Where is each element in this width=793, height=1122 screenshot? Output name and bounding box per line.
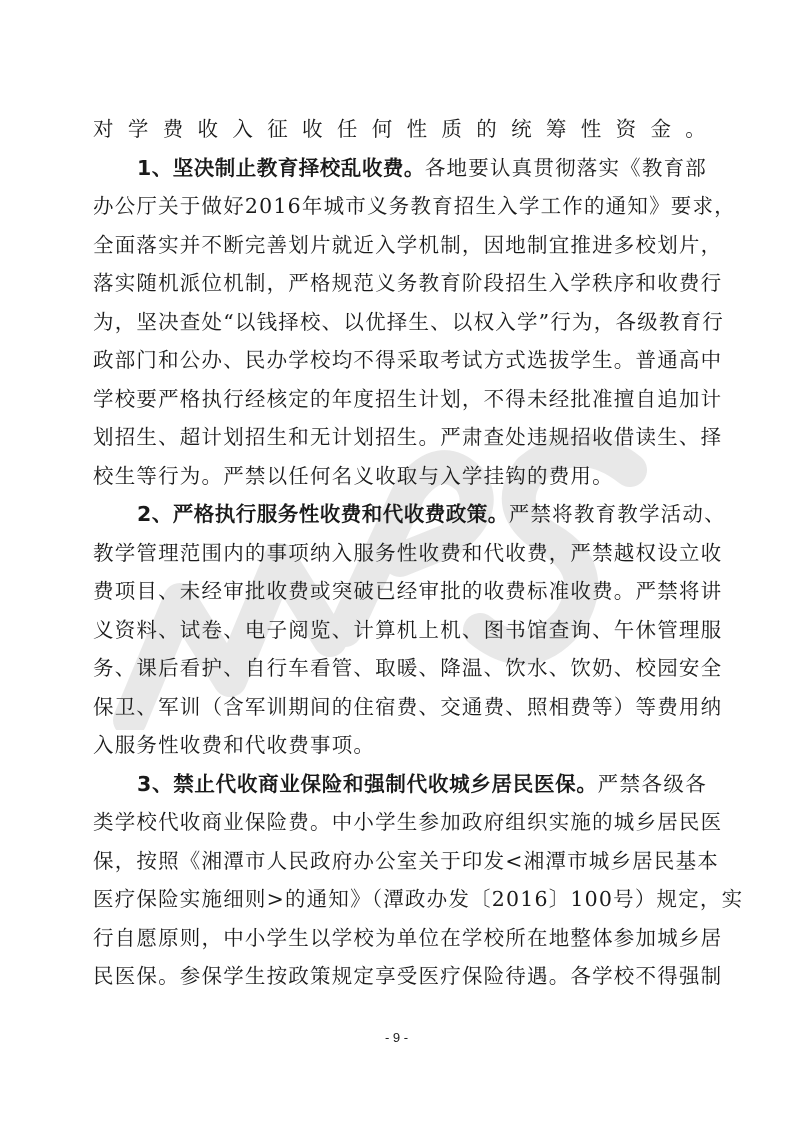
text-line: 办公厅关于做好2016年城市义务教育招生入学工作的通知》要求， [93, 187, 707, 226]
text-line: 类学校代收商业保险费。中小学生参加政府组织实施的城乡居民医 [93, 803, 707, 842]
text-line: 全面落实并不断完善划片就近入学机制，因地制宜推进多校划片， [93, 226, 707, 265]
text-line: 保，按照《湘潭市人民政府办公室关于印发<湘潭市城乡居民基本 [93, 842, 707, 881]
text-line: 教学管理范围内的事项纳入服务性收费和代收费，严禁越权设立收 [93, 534, 707, 573]
section-1-heading-line: 1、坚决制止教育择校乱收费。各地要认真贯彻落实《教育部 [93, 149, 707, 188]
text-line: 民医保。参保学生按政策规定享受医疗保险待遇。各学校不得强制 [93, 957, 707, 996]
text-line: 学校要严格执行经核定的年度招生计划，不得未经批准擅自追加计 [93, 380, 707, 419]
section-heading: 1、坚决制止教育择校乱收费。 [137, 156, 425, 180]
text-line: 为，坚决查处“以钱择校、以优择生、以权入学”行为，各级教育行 [93, 303, 707, 342]
text-line: 政部门和公办、民办学校均不得采取考试方式选拔学生。普通高中 [93, 341, 707, 380]
section-3-heading-line: 3、禁止代收商业保险和强制代收城乡居民医保。严禁各级各 [93, 765, 707, 804]
text-line: 行自愿原则，中小学生以学校为单位在学校所在地整体参加城乡居 [93, 919, 707, 958]
section-heading: 2、严格执行服务性收费和代收费政策。 [137, 502, 509, 526]
text-line: 务、课后看护、自行车看管、取暖、降温、饮水、饮奶、校园安全 [93, 649, 707, 688]
page-number: - 9 - [0, 1030, 793, 1045]
section-heading: 3、禁止代收商业保险和强制代收城乡居民医保。 [137, 772, 598, 796]
text-line: 费项目、未经审批收费或突破已经审批的收费标准收费。严禁将讲 [93, 572, 707, 611]
section-2-heading-line: 2、严格执行服务性收费和代收费政策。严禁将教育教学活动、 [93, 495, 707, 534]
text-line: 入服务性收费和代收费事项。 [93, 726, 707, 765]
text-line: 义资料、试卷、电子阅览、计算机上机、图书馆查询、午休管理服 [93, 611, 707, 650]
text-line: 校生等行为。严禁以任何名义收取与入学挂钩的费用。 [93, 457, 707, 496]
text-line: 划招生、超计划招生和无计划招生。严肃查处违规招收借读生、择 [93, 418, 707, 457]
text-line: 对学费收入征收任何性质的统筹性资金。 [93, 110, 707, 149]
text-line: 保卫、军训（含军训期间的住宿费、交通费、照相费等）等费用纳 [93, 688, 707, 727]
document-page: 对学费收入征收任何性质的统筹性资金。 1、坚决制止教育择校乱收费。各地要认真贯彻… [0, 0, 793, 1122]
document-body: 对学费收入征收任何性质的统筹性资金。 1、坚决制止教育择校乱收费。各地要认真贯彻… [93, 110, 707, 996]
text-line: 落实随机派位机制，严格规范义务教育阶段招生入学秩序和收费行 [93, 264, 707, 303]
text-line: 医疗保险实施细则>的通知》（潭政办发〔2016〕100号）规定，实 [93, 880, 707, 919]
